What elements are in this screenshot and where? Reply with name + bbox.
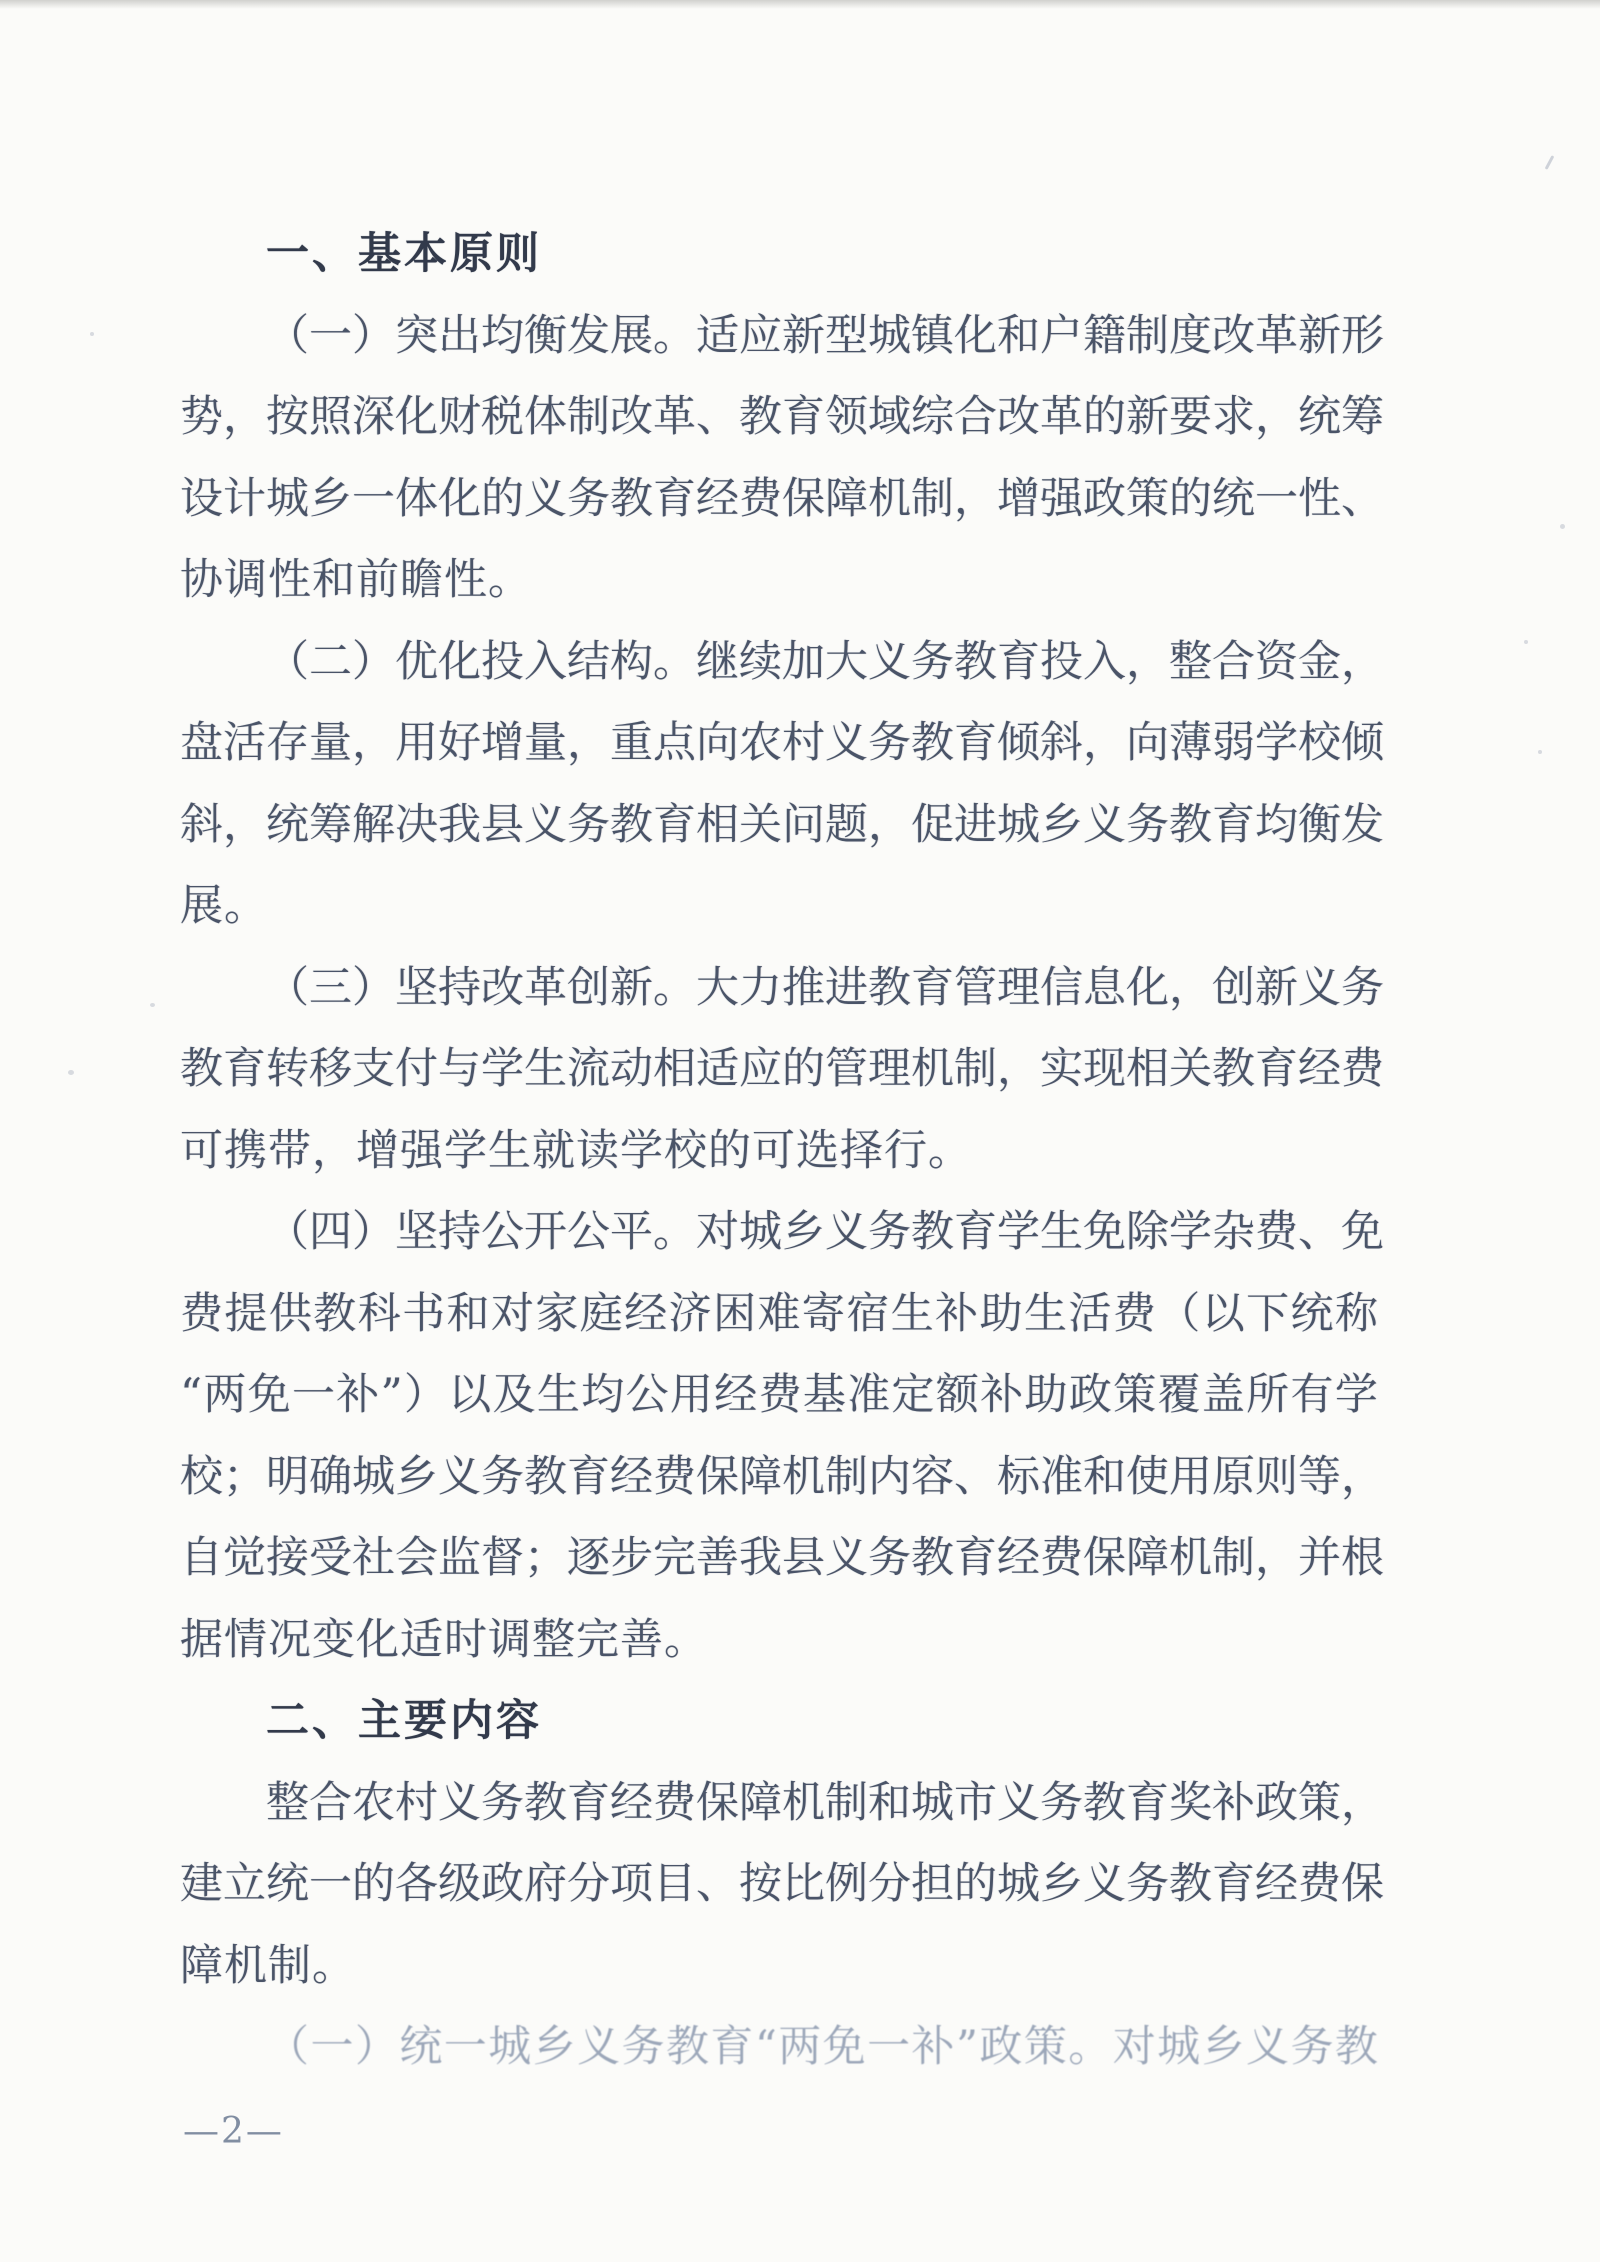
text-line: 费提供教科书和对家庭经济困难寄宿生补助生活费（以下统称 <box>180 1274 1378 1356</box>
page-number: —2— <box>183 2112 284 2152</box>
scan-speck <box>90 332 94 336</box>
scan-top-edge <box>0 0 1600 9</box>
section-heading-main-content: 二、主要内容 <box>180 1681 1378 1763</box>
text-line: 斜，统筹解决我县义务教育相关问题，促进城乡义务教育均衡发 <box>180 785 1378 867</box>
text-line: （四）坚持公开公平。对城乡义务教育学生免除学杂费、免 <box>180 1192 1378 1274</box>
text-line: （三）坚持改革创新。大力推进教育管理信息化，创新义务 <box>180 948 1378 1030</box>
scan-speck <box>1524 640 1528 644</box>
text-line: 设计城乡一体化的义务教育经费保障机制，增强政策的统一性、 <box>180 459 1378 541</box>
text-line: 盘活存量，用好增量，重点向农村义务教育倾斜，向薄弱学校倾 <box>180 703 1378 785</box>
text-line-faded: （一）统一城乡义务教育“两免一补”政策。对城乡义务教 <box>180 2007 1378 2089</box>
scan-speck <box>150 1003 155 1007</box>
document-body: 一、基本原则 （一）突出均衡发展。适应新型城镇化和户籍制度改革新形 势，按照深化… <box>180 214 1378 2089</box>
text-line: 障机制。 <box>180 1926 1378 2008</box>
text-line: 势，按照深化财税体制改革、教育领域综合改革的新要求，统筹 <box>180 377 1378 459</box>
scan-speck <box>1545 155 1555 170</box>
text-line: 校；明确城乡义务教育经费保障机制内容、标准和使用原则等， <box>180 1437 1378 1519</box>
text-line: 教育转移支付与学生流动相适应的管理机制，实现相关教育经费 <box>180 1029 1378 1111</box>
text-line: 自觉接受社会监督；逐步完善我县义务教育经费保障机制，并根 <box>180 1518 1378 1600</box>
text-line: “两免一补”）以及生均公用经费基准定额补助政策覆盖所有学 <box>180 1355 1378 1437</box>
scan-speck <box>1538 750 1542 754</box>
text-line: （二）优化投入结构。继续加大义务教育投入，整合资金， <box>180 622 1378 704</box>
scan-speck <box>1560 524 1565 529</box>
scan-speck <box>68 1070 74 1075</box>
text-line: （一）突出均衡发展。适应新型城镇化和户籍制度改革新形 <box>180 296 1378 378</box>
text-line: 可携带，增强学生就读学校的可选择行。 <box>180 1111 1378 1193</box>
text-line: 整合农村义务教育经费保障机制和城市义务教育奖补政策， <box>180 1763 1378 1845</box>
scanned-document-page: 一、基本原则 （一）突出均衡发展。适应新型城镇化和户籍制度改革新形 势，按照深化… <box>0 0 1600 2262</box>
text-line: 展。 <box>180 866 1378 948</box>
text-line: 协调性和前瞻性。 <box>180 540 1378 622</box>
text-line: 据情况变化适时调整完善。 <box>180 1600 1378 1682</box>
section-heading-basic-principles: 一、基本原则 <box>180 214 1378 296</box>
text-line: 建立统一的各级政府分项目、按比例分担的城乡义务教育经费保 <box>180 1844 1378 1926</box>
